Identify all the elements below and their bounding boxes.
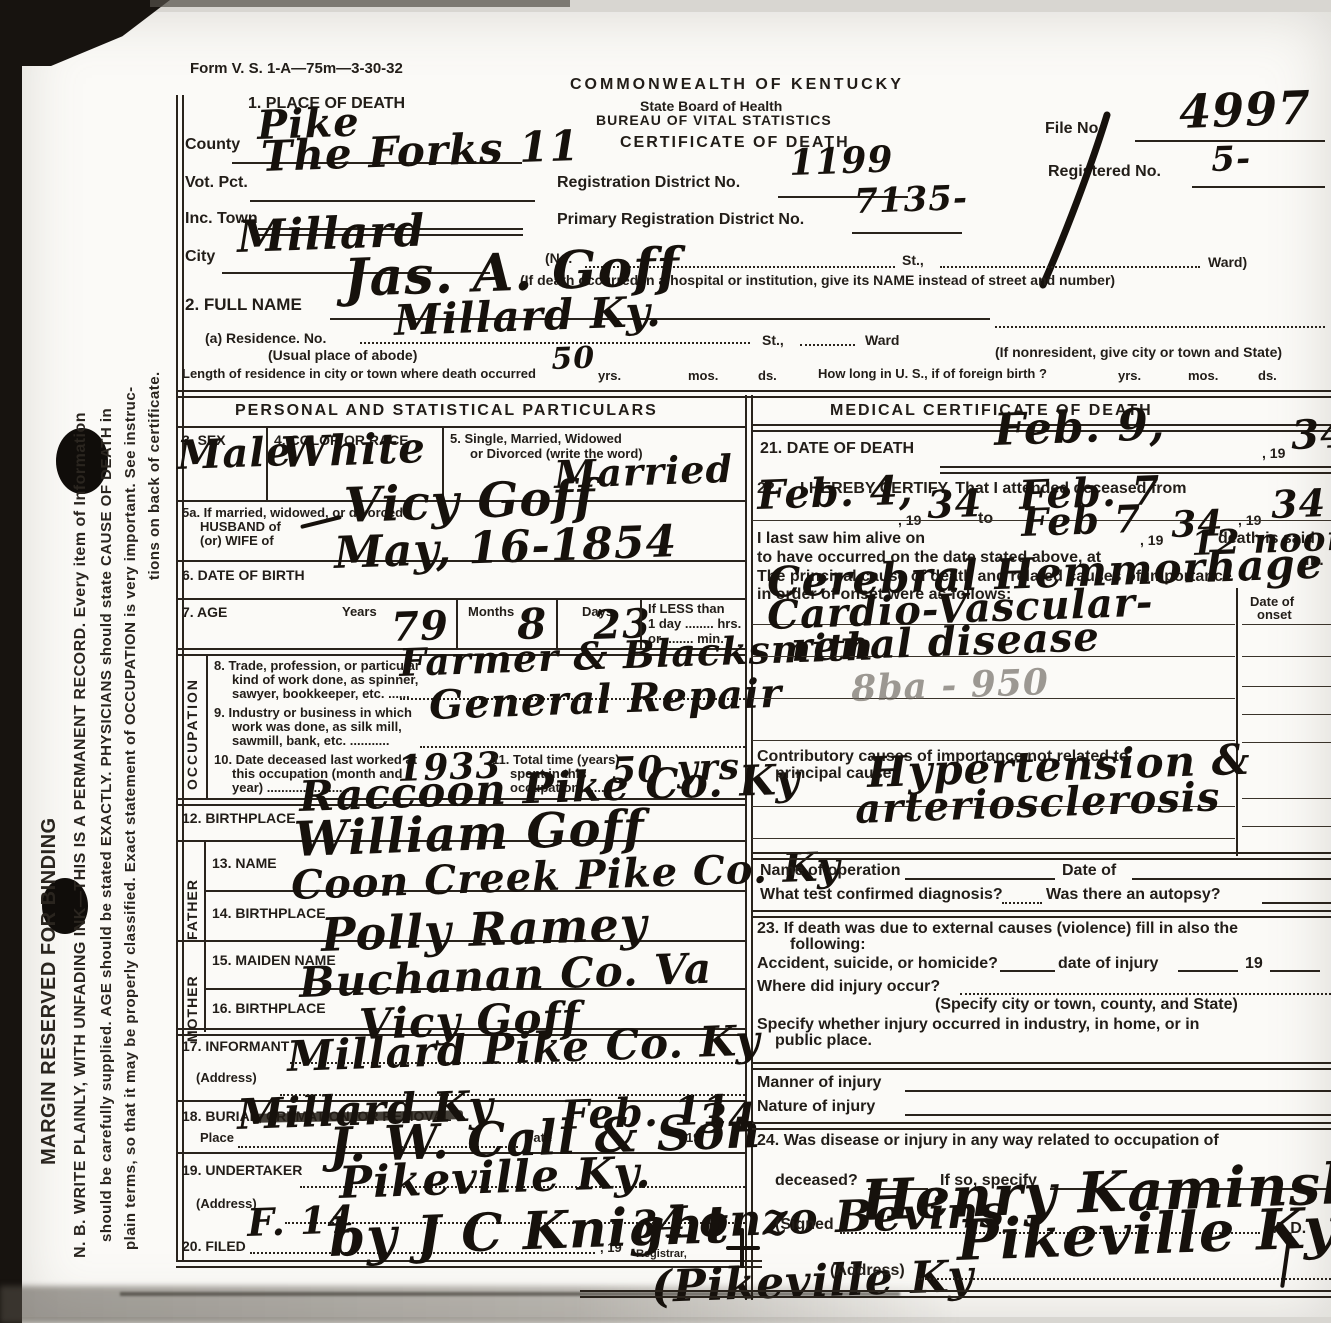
rule-line bbox=[960, 993, 1331, 995]
rule-line bbox=[1132, 878, 1331, 880]
margin-binding-text: MARGIN RESERVED FOR BINDING bbox=[38, 817, 61, 1165]
personal-title: PERSONAL AND STATISTICAL PARTICULARS bbox=[235, 402, 658, 421]
primary-registration-value: 7135- bbox=[854, 178, 969, 222]
age-years-label: Years bbox=[342, 604, 377, 619]
undertaker-label: 19. UNDERTAKER bbox=[182, 1162, 302, 1179]
test-diagnosis-label: What test confirmed diagnosis? bbox=[760, 886, 1003, 905]
registration-district-label: Registration District No. bbox=[557, 174, 740, 193]
burial-place-label: Place bbox=[200, 1130, 234, 1145]
rule-line bbox=[940, 266, 1200, 268]
manner-injury-label: Manner of injury bbox=[757, 1074, 881, 1093]
registration-district-value: 1199 bbox=[789, 138, 895, 184]
form-bottom-border bbox=[580, 1290, 1331, 1298]
deceased-label: deceased? bbox=[775, 1172, 858, 1191]
scanned-death-certificate: MARGIN RESERVED FOR BINDING N. B. WRITE … bbox=[0, 0, 1331, 1323]
residence-label: (a) Residence. No. bbox=[205, 330, 326, 347]
rule-line bbox=[1242, 686, 1331, 687]
specify-city-note: (Specify city or town, county, and State… bbox=[935, 996, 1238, 1015]
informant-address-label: (Address) bbox=[196, 1070, 257, 1085]
rule-line bbox=[1242, 798, 1331, 799]
rule-line bbox=[1192, 186, 1325, 188]
registered-no-value: 5- bbox=[1211, 139, 1252, 180]
section-divider bbox=[176, 390, 1331, 398]
st-label: St., bbox=[902, 252, 924, 269]
margin-nb-line3: plain terms, so that it may be properly … bbox=[122, 386, 139, 1250]
rule-line bbox=[1242, 714, 1331, 715]
signed-label: (Signed bbox=[775, 1216, 834, 1235]
city-label: City bbox=[185, 248, 215, 267]
margin-nb-line4: tions on back of certificate. bbox=[146, 371, 163, 580]
date-of-death-label: 21. DATE OF DEATH bbox=[760, 440, 914, 459]
attended-from-value: Feb. 4, bbox=[756, 467, 914, 519]
cell-divider bbox=[204, 940, 206, 1032]
rule-line bbox=[176, 598, 745, 600]
commonwealth-title: COMMONWEALTH OF KENTUCKY bbox=[570, 76, 904, 95]
operation-date-label: Date of bbox=[1062, 862, 1116, 881]
date-of-death-value: Feb. 9, bbox=[993, 399, 1166, 456]
age-months-label: Months bbox=[468, 604, 514, 619]
residence-value: Millard Ky. bbox=[393, 287, 662, 345]
primary-registration-label: Primary Registration District No. bbox=[557, 211, 804, 230]
cell-divider bbox=[206, 654, 208, 800]
filed-label: 20. FILED bbox=[182, 1238, 246, 1255]
rule-line bbox=[1270, 970, 1320, 972]
dob-label: 6. DATE OF BIRTH bbox=[182, 567, 305, 584]
file-no-value: 4997 bbox=[1178, 80, 1312, 139]
rule-line bbox=[1242, 826, 1331, 827]
nature-injury-label: Nature of injury bbox=[757, 1098, 875, 1117]
rule-line bbox=[905, 878, 1055, 880]
birthplace-label: 12. BIRTHPLACE bbox=[182, 810, 296, 827]
cause-code-pencil: 8ba - 950 bbox=[851, 661, 1050, 710]
margin-nb-line2: should be carefully supplied. AGE should… bbox=[98, 408, 115, 1242]
trade-label-3: sawyer, bookkeeper, etc. ...... bbox=[232, 686, 410, 701]
section-divider bbox=[752, 1122, 1331, 1130]
ds-label: ds. bbox=[1258, 368, 1277, 383]
length-residence-value: 50 bbox=[551, 340, 596, 377]
scan-left-edge bbox=[0, 0, 22, 1323]
age-label: 7. AGE bbox=[182, 604, 227, 621]
full-name-label: 2. FULL NAME bbox=[185, 295, 302, 315]
rule-line bbox=[1242, 656, 1331, 657]
accident-label: Accident, suicide, or homicide? bbox=[757, 955, 998, 974]
section-divider bbox=[752, 910, 1331, 918]
pen-cross-mark bbox=[726, 1246, 760, 1250]
last-saw-value: Feb 7 bbox=[1020, 496, 1142, 545]
rule-line bbox=[250, 200, 535, 202]
rule-line bbox=[1178, 970, 1238, 972]
residence-ward-label: Ward bbox=[865, 332, 899, 349]
autopsy-label: Was there an autopsy? bbox=[1046, 886, 1221, 905]
rule-line bbox=[176, 426, 745, 428]
rule-line bbox=[905, 1090, 1331, 1092]
rule-line bbox=[800, 344, 855, 346]
operation-label: Name of operation bbox=[760, 862, 900, 881]
printed-19: , 19 bbox=[1262, 445, 1285, 462]
rule-line bbox=[905, 1114, 1331, 1116]
printed-19: 19 bbox=[1245, 955, 1263, 974]
margin-nb-line1: N. B. WRITE PLAINLY, WITH UNFADING INK—T… bbox=[72, 412, 90, 1258]
father-vertical-label: FATHER bbox=[184, 879, 201, 940]
where-injury-label: Where did injury occur? bbox=[757, 978, 940, 997]
date-onset-label-2: onset bbox=[1257, 607, 1292, 622]
date-onset-column-divider bbox=[1236, 588, 1238, 856]
industry-label-3: sawmill, bank, etc. ........... bbox=[232, 733, 390, 748]
nonresident-note: (If nonresident, give city or town and S… bbox=[995, 344, 1282, 361]
cell-divider bbox=[266, 426, 268, 500]
occupation-related-label: 24. Was disease or injury in any way rel… bbox=[757, 1132, 1219, 1151]
yrs-label: yrs. bbox=[598, 368, 621, 383]
physician-address-value: Pikeville Ky bbox=[956, 1195, 1331, 1274]
rule-line bbox=[918, 1278, 1331, 1280]
rule-line bbox=[1242, 624, 1331, 625]
rule-line bbox=[1002, 902, 1042, 904]
scan-top-streak bbox=[150, 0, 570, 7]
form-left-border bbox=[176, 95, 184, 1262]
bureau-label: BUREAU OF VITAL STATISTICS bbox=[596, 112, 832, 129]
section-divider bbox=[752, 1062, 1331, 1070]
rule-line bbox=[1242, 742, 1331, 743]
ds-label: ds. bbox=[758, 368, 777, 383]
length-residence-label: Length of residence in city or town wher… bbox=[182, 366, 536, 381]
mos-label: mos. bbox=[688, 368, 718, 383]
physician-address-label: (Address) bbox=[830, 1262, 905, 1281]
if-less-label-1: If LESS than bbox=[648, 601, 725, 616]
rule-line bbox=[852, 232, 962, 234]
color-race-value: White bbox=[280, 423, 426, 477]
spouse-label-3: (or) WIFE of bbox=[200, 533, 274, 548]
rule-line bbox=[1000, 970, 1055, 972]
marital-label-1: 5. Single, Married, Widowed bbox=[450, 431, 622, 446]
date-of-death-year: 34 bbox=[1290, 410, 1331, 459]
rule-line bbox=[1262, 902, 1331, 904]
external-causes-label-2: following: bbox=[790, 936, 866, 955]
specify-injury-label-2: public place. bbox=[775, 1032, 872, 1051]
yrs-label: yrs. bbox=[1118, 368, 1141, 383]
mos-label: mos. bbox=[1188, 368, 1218, 383]
form-number: Form V. S. 1-A—75m—3-30-32 bbox=[190, 60, 403, 78]
residence-st-label: St., bbox=[762, 332, 784, 349]
informant-label: 17. INFORMANT bbox=[182, 1038, 289, 1055]
injury-date-label: date of injury bbox=[1058, 955, 1158, 974]
abode-note: (Usual place of abode) bbox=[268, 347, 417, 364]
father-name-label: 13. NAME bbox=[212, 855, 277, 872]
how-long-us-label: How long in U. S., if of foreign birth ? bbox=[818, 366, 1047, 381]
county-label: County bbox=[185, 136, 240, 155]
vot-pct-label: Vot. Pct. bbox=[185, 174, 248, 193]
ward-label: Ward) bbox=[1208, 254, 1247, 271]
rule-line bbox=[995, 326, 1325, 328]
section-divider bbox=[752, 852, 1331, 860]
occupation-vertical-label: OCCUPATION bbox=[184, 678, 201, 790]
last-saw-label: I last saw him alive on bbox=[757, 530, 925, 549]
rule-line bbox=[752, 838, 1235, 839]
